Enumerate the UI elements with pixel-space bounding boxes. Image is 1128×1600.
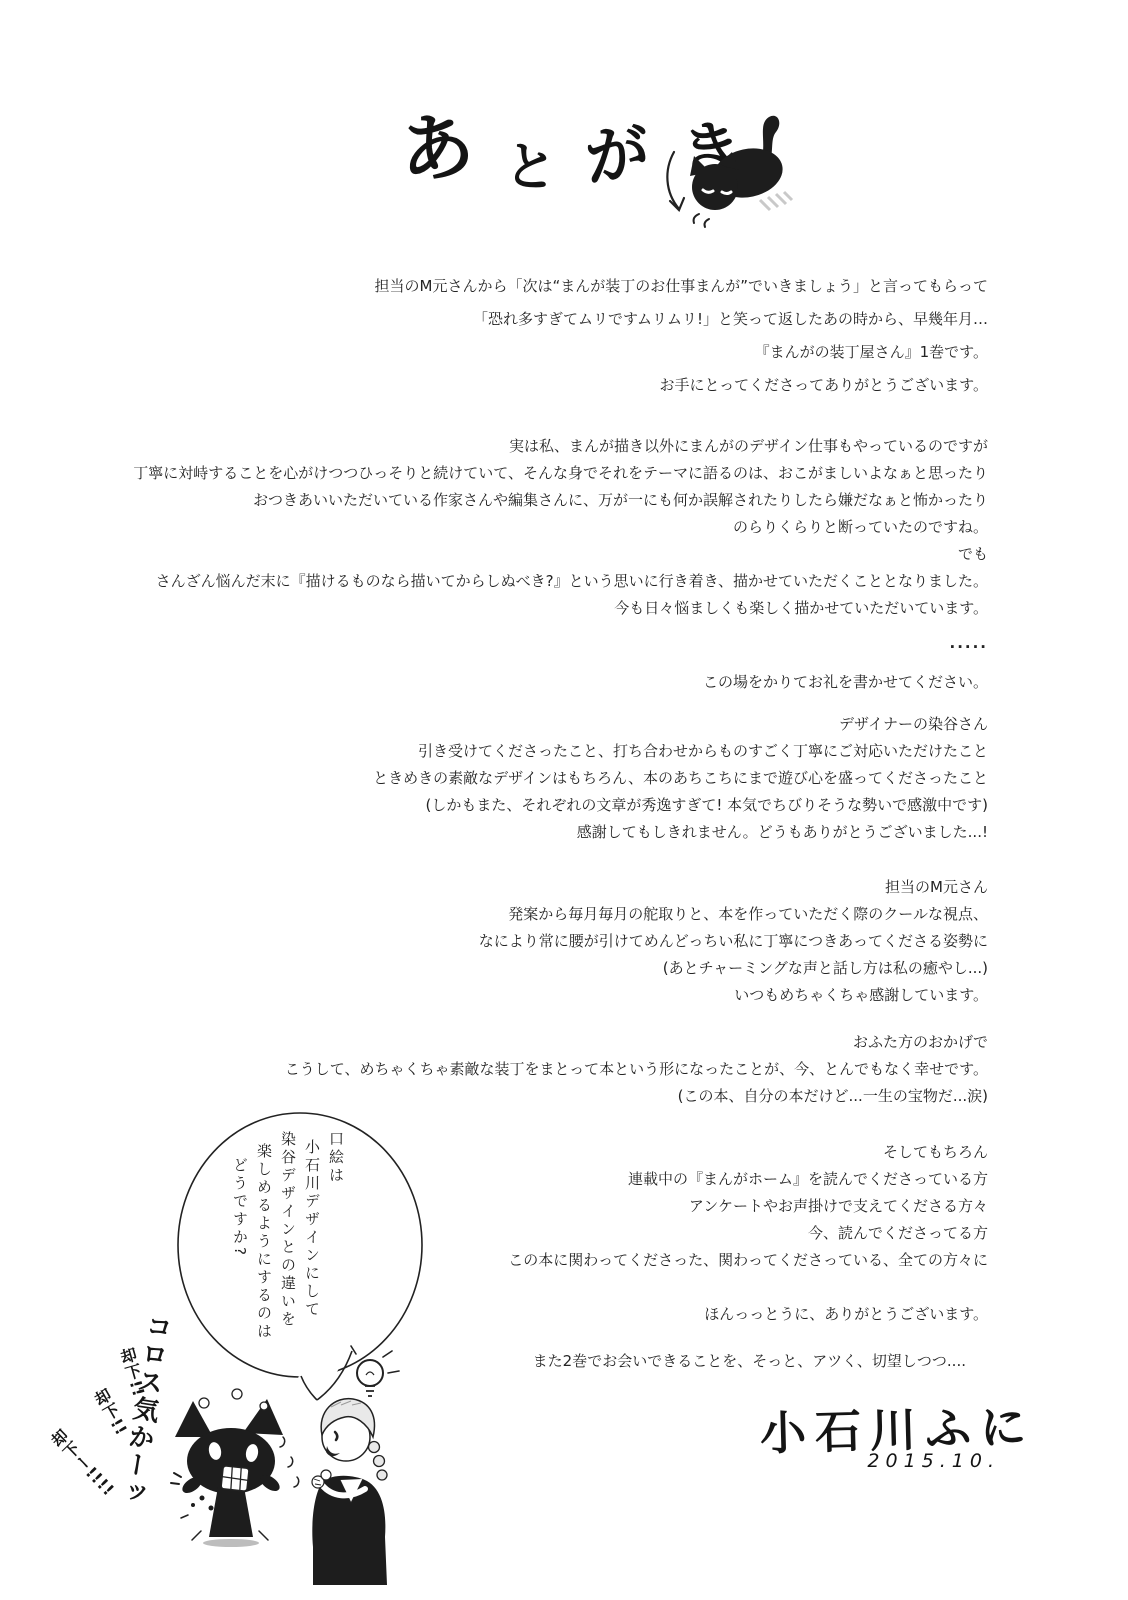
afterword-text-line: おつきあいいただいている作家さんや編集さんに、万が一にも何か誤解されたりしたら嫌…	[88, 487, 988, 514]
afterword-paragraph-editor-thanks: 担当のM元さん発案から毎月毎月の舵取りと、本を作っていただく際のクールな視点、な…	[88, 874, 988, 1009]
speech-bubble-line: 口絵は	[328, 1131, 343, 1371]
cat-shadow	[760, 192, 792, 210]
afterword-text-line: のらりくらりと断っていたのですね。	[88, 514, 988, 541]
woman-illustration	[312, 1399, 387, 1585]
afterword-text-line: (しかもまた、それぞれの文章が秀逸すぎて! 本気でちびりそうな勢いで感激中です)	[88, 792, 988, 819]
afterword-text-line: 丁寧に対峙することを心がけつつひっそりと続けていて、そんな身でそれをテーマに語る…	[88, 460, 988, 487]
speech-bubble-text: 口絵は小石川デザインにして染谷デザインとの違いを楽しめるようにするのはどうですか…	[183, 1131, 343, 1371]
afterword-text-line: 発案から毎月毎月の舵取りと、本を作っていただく際のクールな視点、	[88, 901, 988, 928]
afterword-text-line: この場をかりてお礼を書かせてください。	[88, 669, 988, 696]
afterword-text-line: 担当のM元さん	[88, 874, 988, 901]
afterword-text-line: 引き受けてくださったこと、打ち合わせからものすごく丁寧にご対応いただけたこと	[88, 738, 988, 765]
afterword-text-line: おふた方のおかげで	[88, 1029, 988, 1056]
afterword-text-line: 感謝してもしきれません。どうもありがとうございました...!	[88, 819, 988, 846]
cat-whiskers	[694, 214, 709, 227]
title-char: あ	[397, 109, 477, 189]
afterword-text-line: でも	[88, 541, 988, 568]
speech-bubble-line: 楽しめるようにするのは	[256, 1131, 271, 1371]
speech-bubble-line: 染谷デザインとの違いを	[280, 1131, 295, 1371]
afterword-page: あ と が き 担当のM元さんから「次は“まんが装丁のお仕事まんが”で	[0, 0, 1128, 1600]
angry-cat-illustration	[171, 1389, 299, 1547]
afterword-text-line: 実は私、まんが描き以外にまんがのデザイン仕事もやっているのですが	[88, 433, 988, 460]
crouching-cat-illustration	[642, 110, 802, 230]
afterword-text-line: なにより常に腰が引けてめんどっちい私に丁寧につきあってくださる姿勢に	[88, 928, 988, 955]
afterword-paragraph: 実は私、まんが描き以外にまんがのデザイン仕事もやっているのですが丁寧に対峙するこ…	[88, 433, 988, 622]
afterword-paragraph: 担当のM元さんから「次は“まんが装丁のお仕事まんが”でいきましょう」と言ってもら…	[88, 270, 988, 402]
afterword-text-line: 「恐れ多すぎてムリですムリムリ!」と笑って返したあの時から、早幾年月…	[88, 303, 988, 336]
afterword-paragraph-designer-thanks: デザイナーの染谷さん引き受けてくださったこと、打ち合わせからものすごく丁寧にご対…	[88, 711, 988, 846]
afterword-text-line: いつもめちゃくちゃ感謝しています。	[88, 982, 988, 1009]
bottom-comic-scene: 口絵は小石川デザインにして染谷デザインとの違いを楽しめるようにするのはどうですか…	[55, 1085, 455, 1590]
title-char: と	[501, 140, 558, 217]
afterword-ellipsis: .....	[88, 630, 988, 657]
afterword-text-line: さんざん悩んだ末に『描けるものなら描いてからしぬべき?』という思いに行き着き、描…	[88, 568, 988, 595]
afterword-paragraph: この場をかりてお礼を書かせてください。	[88, 669, 988, 696]
curved-down-arrow-icon	[667, 152, 684, 210]
speech-bubble-line: 小石川デザインにして	[304, 1131, 319, 1371]
afterword-text-line: お手にとってくださってありがとうございます。	[88, 369, 988, 402]
afterword-text-line: こうして、めちゃくちゃ素敵な装丁をまとって本という形になったことが、今、とんでも…	[88, 1056, 988, 1083]
afterword-text-line: 今も日々悩ましくも楽しく描かせていただいています。	[88, 595, 988, 622]
afterword-text-line: 担当のM元さんから「次は“まんが装丁のお仕事まんが”でいきましょう」と言ってもら…	[88, 270, 988, 303]
cat-body	[690, 116, 787, 210]
speech-bubble-line: どうですか?	[232, 1131, 247, 1371]
afterword-text-line: (あとチャーミングな声と話し方は私の癒やし...)	[88, 955, 988, 982]
signature-date: 2015.10.	[867, 1450, 1000, 1472]
afterword-text-line: 『まんがの装丁屋さん』1巻です。	[88, 336, 988, 369]
afterword-text-line: .....	[88, 630, 988, 657]
afterword-text-line: ときめきの素敵なデザインはもちろん、本のあちこちにまで遊び心を盛ってくださったこ…	[88, 765, 988, 792]
afterword-text-line: デザイナーの染谷さん	[88, 711, 988, 738]
